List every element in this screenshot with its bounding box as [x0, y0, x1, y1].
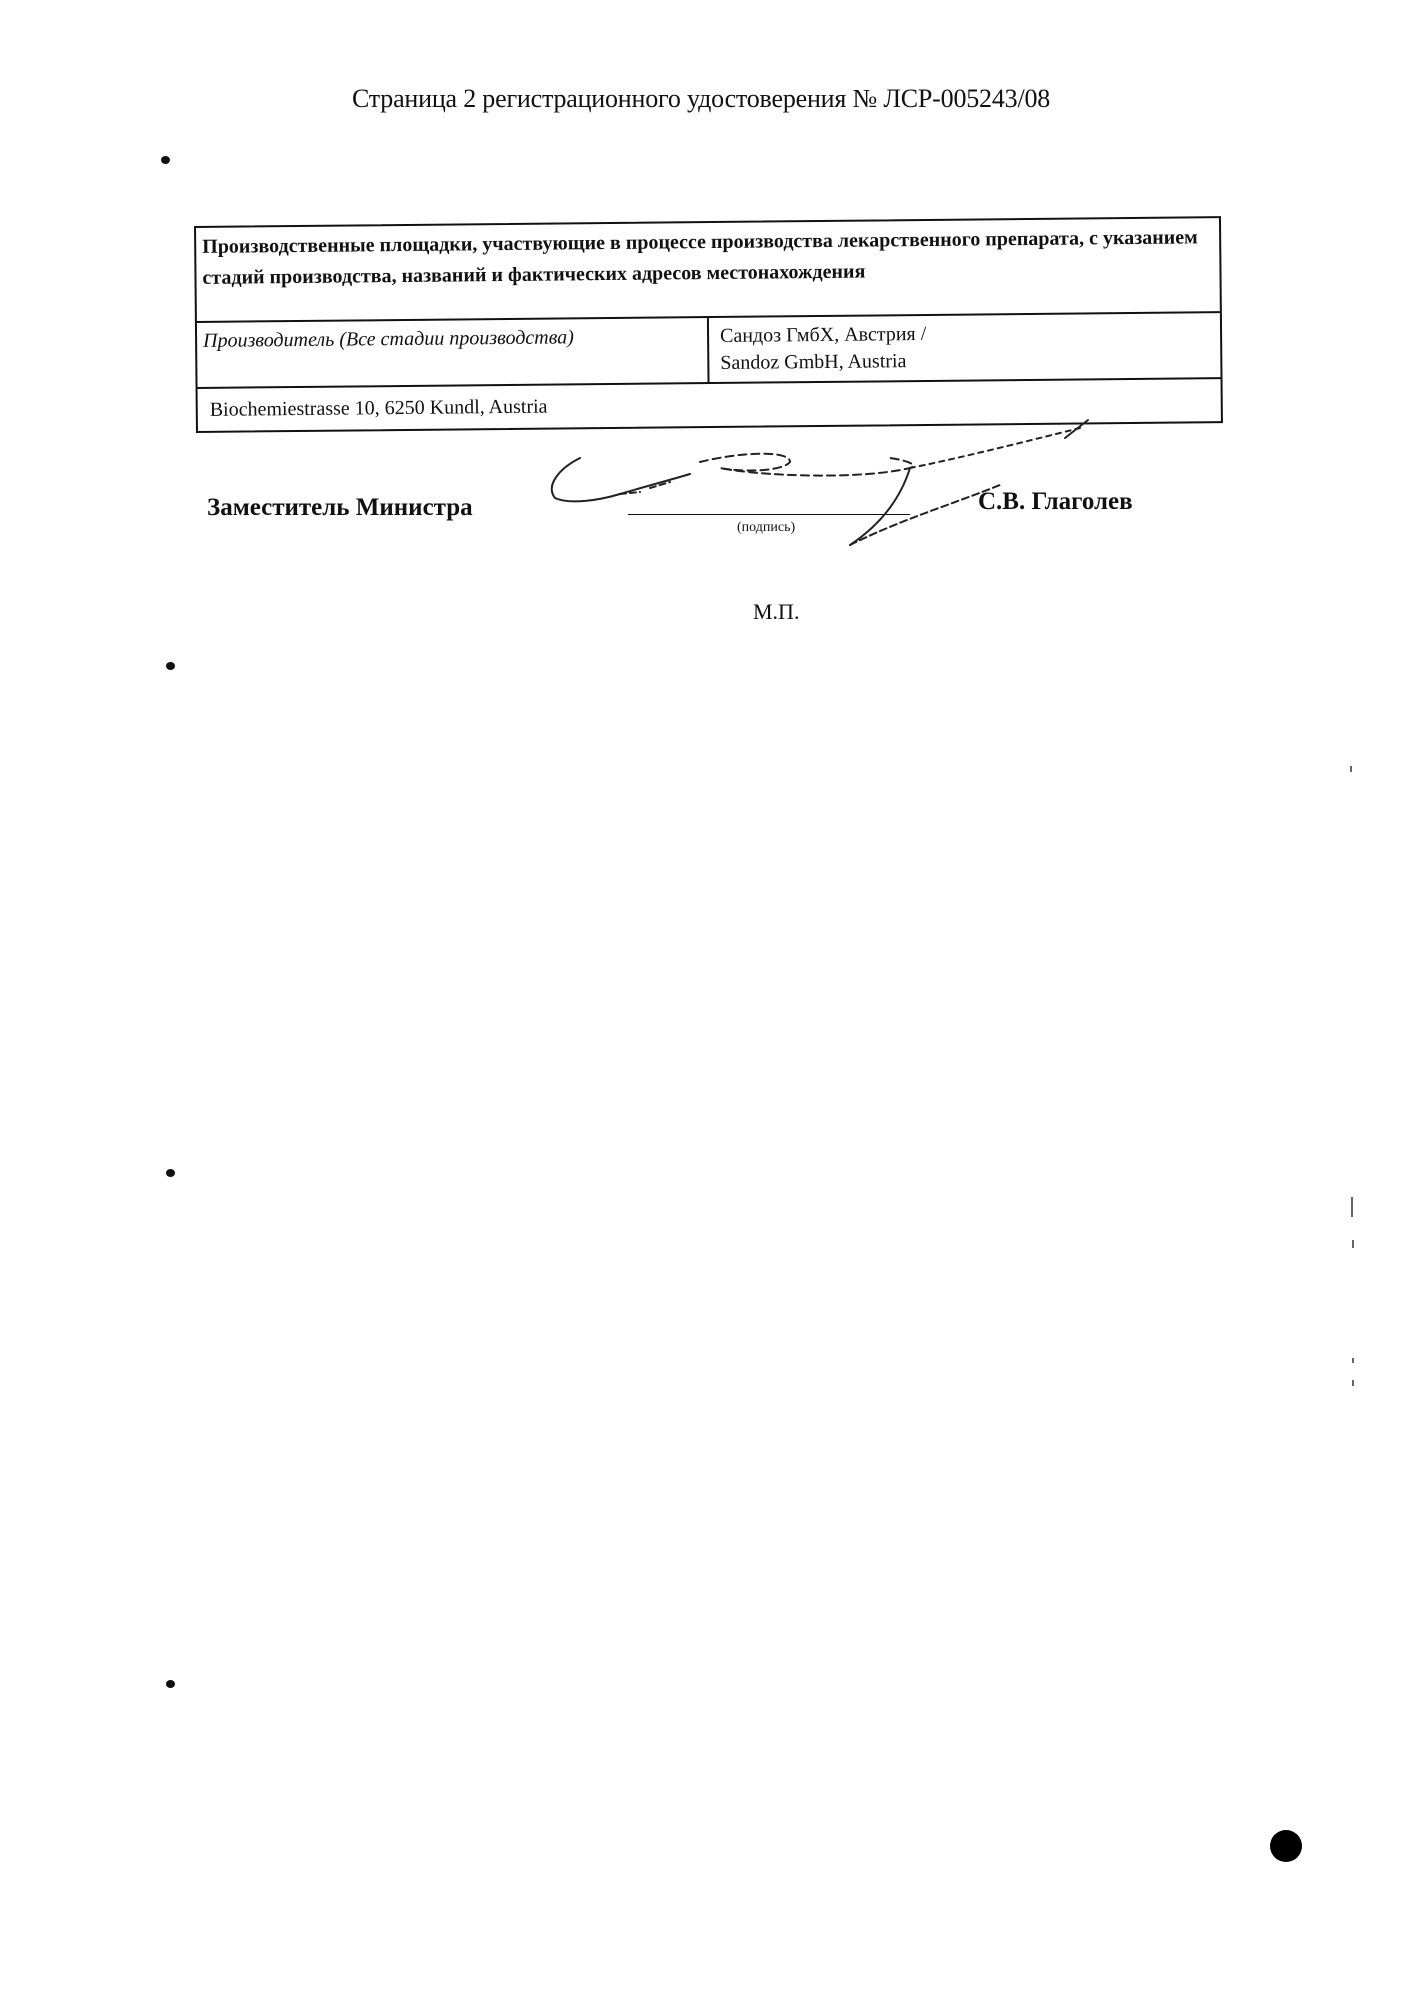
handwritten-signature-icon — [520, 410, 1120, 550]
scan-mark-icon — [1350, 766, 1352, 772]
punch-hole-mark-icon — [166, 1169, 175, 1177]
punch-hole-mark-icon — [166, 662, 175, 670]
scan-dot-icon — [1270, 1830, 1302, 1862]
manufacturer-role-cell: Производитель (Все стадии производства) — [197, 318, 710, 387]
production-sites-table: Производственные площадки, участвующие в… — [194, 216, 1223, 433]
scan-mark-icon — [1352, 1380, 1354, 1386]
manufacturer-name-en: Sandoz GmbH, Austria — [720, 345, 1209, 377]
page-title: Страница 2 регистрационного удостоверени… — [352, 84, 1050, 114]
table-row: Производитель (Все стадии производства) … — [197, 313, 1221, 389]
scan-mark-icon — [1352, 1240, 1354, 1248]
scan-mark-icon — [1352, 1358, 1354, 1363]
signatory-role: Заместитель Министра — [207, 494, 473, 522]
table-header: Производственные площадки, участвующие в… — [196, 218, 1220, 323]
stamp-placeholder: М.П. — [753, 599, 799, 625]
scan-mark-icon — [1351, 1197, 1353, 1217]
punch-hole-mark-icon — [161, 156, 170, 164]
manufacturer-name-cell: Сандоз ГмбХ, Австрия / Sandoz GmbH, Aust… — [709, 313, 1221, 382]
punch-hole-mark-icon — [166, 1680, 175, 1688]
